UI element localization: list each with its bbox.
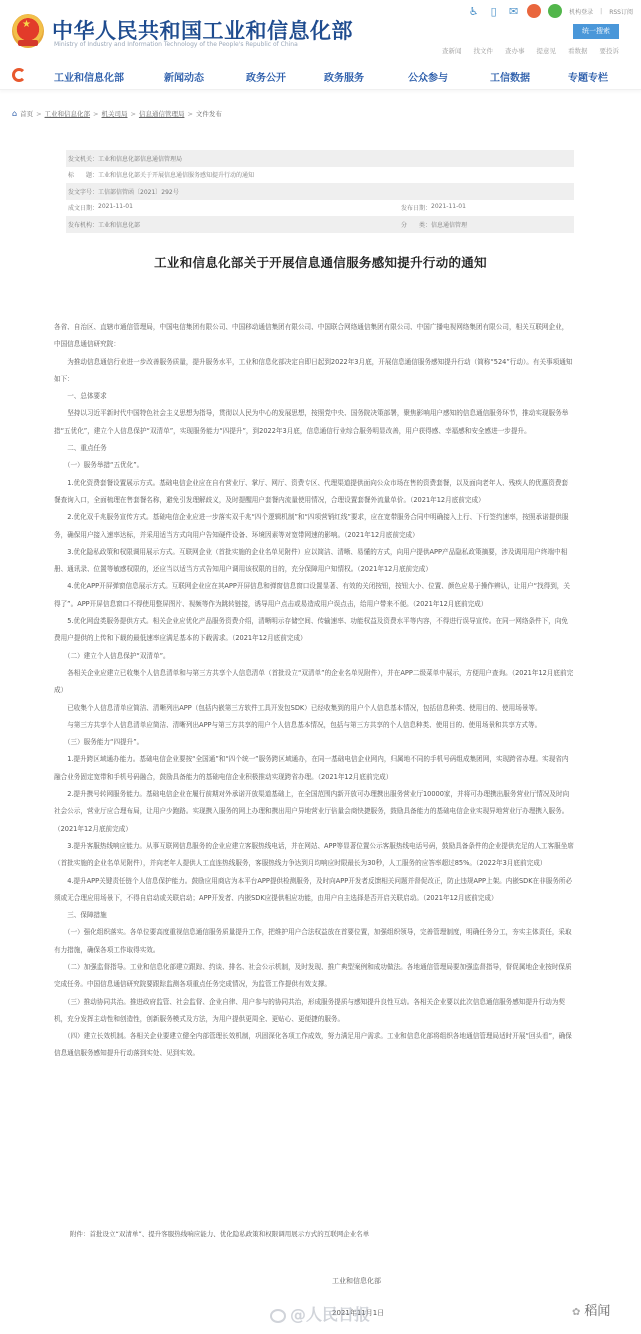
wechat-icon[interactable]: [548, 4, 562, 18]
quick-link-news[interactable]: 查新闻: [442, 46, 462, 55]
document-paragraph: （二）加强监督指导。工业和信息化部建立跟踪、约谈、排名、社会公示机制，及时发现、…: [54, 959, 574, 994]
document-paragraph: 4.提升APP关键责任链个人信息保护能力。鼓励应用商店为本平台APP提供检测服务…: [54, 873, 574, 908]
nav-item-data[interactable]: 工信数据: [490, 69, 530, 84]
document-paragraph: 1.优化资费套餐设置展示方式。基础电信企业应在自有营业厅、掌厅、网厅、资费专区、…: [54, 475, 574, 510]
site-header: ★ 中华人民共和国工业和信息化部 Ministry of Industry an…: [0, 0, 641, 62]
meta-row-doc-no: 发文字号： 工信部信管函〔2021〕292号: [66, 183, 574, 200]
meta-category: 信息通信管理: [431, 220, 467, 229]
meta-label: 发文机关：: [68, 154, 98, 163]
meta-publisher: 工业和信息化部: [98, 220, 140, 229]
document-meta-table: 发文机关： 工业和信息化部信息通信管理局 标 题： 工业和信息化部关于开展信息通…: [66, 150, 574, 233]
nav-item-public-participation[interactable]: 公众参与: [408, 69, 448, 84]
meta-label: 标 题：: [68, 170, 98, 179]
quick-link-services[interactable]: 查办事: [505, 46, 525, 55]
document-paragraph: 5.优化网盘类服务提供方式。相关企业应优化产品服务资费介绍，清晰明示存储空间、传…: [54, 613, 574, 648]
quick-link-complaint[interactable]: 要投诉: [600, 46, 620, 55]
document-paragraph: 为推动信息通信行业进一步改善服务质量，提升服务水平，工业和信息化部决定自即日起到…: [54, 354, 574, 389]
document-paragraph: 3.优化隐私政策和权限调用展示方式。互联网企业（首批实施的企业名单见附件）应以简…: [54, 544, 574, 579]
breadcrumb-separator: >: [36, 110, 41, 118]
document-paragraph: 坚持以习近平新时代中国特色社会主义思想为指导，贯彻以人民为中心的发展思想，按照党…: [54, 405, 574, 440]
document-paragraph: 4.优化APP开屏弹窗信息展示方式。互联网企业应在其APP开屏信息和弹窗信息窗口…: [54, 578, 574, 613]
meta-label: 发布机构：: [68, 220, 98, 229]
accessibility-icon[interactable]: ♿: [467, 5, 480, 18]
meta-row-issuer: 发文机关： 工业和信息化部信息通信管理局: [66, 150, 574, 167]
quick-link-feedback[interactable]: 提意见: [537, 46, 557, 55]
document-paragraph: 已收集个人信息清单应简洁、清晰列出APP（包括内嵌第三方软件工具开发包SDK）已…: [54, 700, 574, 717]
document-paragraph: 三、保障措施: [54, 907, 574, 924]
breadcrumb-departments[interactable]: 机关司局: [101, 109, 127, 118]
breadcrumb-home[interactable]: 首页: [20, 109, 33, 118]
document-paragraph: 与第三方共享个人信息清单应简洁、清晰列出APP与第三方共享的用户个人信息基本情况…: [54, 717, 574, 734]
breadcrumb-info-comm-bureau[interactable]: 信息通信管理局: [139, 109, 185, 118]
weibo-icon[interactable]: [527, 4, 541, 18]
meta-row-publisher: 发布机构： 工业和信息化部 分 类： 信息通信管理: [66, 216, 574, 233]
meta-label: 成文日期：: [68, 203, 98, 212]
rss-link[interactable]: RSS订阅: [609, 7, 633, 16]
document-paragraph: （一）服务举措“五优化”。: [54, 457, 574, 474]
source-watermark: ✿稻闻: [572, 1300, 610, 1319]
site-subtitle: Ministry of Industry and Information Tec…: [54, 41, 298, 48]
document-paragraph: （三）推动协同共治。推进政府监管、社会监督、企业自律、用户参与的协同共治，形成服…: [54, 994, 574, 1029]
search-button[interactable]: 统一搜索: [573, 24, 619, 39]
home-icon[interactable]: ⌂: [12, 109, 17, 118]
meta-label: 发文字号：: [68, 187, 98, 196]
weibo-watermark-text: @人民日报: [290, 1305, 370, 1324]
mobile-icon[interactable]: ▯: [487, 5, 500, 18]
meta-issuer: 工业和信息化部信息通信管理局: [98, 154, 182, 163]
meta-doc-no: 工信部信管函〔2021〕292号: [98, 187, 179, 196]
document-paragraph: 一、总体要求: [54, 388, 574, 405]
document-paragraph: 各省、自治区、直辖市通信管理局，中国电信集团有限公司、中国移动通信集团有限公司、…: [54, 319, 574, 354]
nav-item-ministry[interactable]: 工业和信息化部: [54, 69, 124, 84]
mail-icon[interactable]: ✉: [507, 5, 520, 18]
source-watermark-icon: ✿: [572, 1307, 580, 1318]
meta-label: 分 类：: [401, 220, 431, 229]
quick-link-files[interactable]: 找文件: [474, 46, 494, 55]
quick-link-data[interactable]: 看数据: [568, 46, 588, 55]
document-body: 各省、自治区、直辖市通信管理局，中国电信集团有限公司、中国移动通信集团有限公司、…: [54, 319, 574, 1063]
attachment-note[interactable]: 附件：首批设立“双清单”、提升客服热线响应能力、优化隐私政策和权限调用展示方式的…: [70, 1229, 369, 1238]
meta-label: 发布日期：: [401, 203, 431, 212]
document-paragraph: （一）强化组织落实。各单位要高度重视信息通信服务质量提升工作，把维护用户合法权益…: [54, 924, 574, 959]
meta-row-title: 标 题： 工业和信息化部关于开展信息通信服务感知提升行动的通知: [66, 167, 574, 184]
login-link[interactable]: 机构登录: [569, 7, 593, 16]
weibo-watermark: @人民日报: [270, 1302, 370, 1325]
document-paragraph: （四）建立长效机制。各相关企业要建立健全内部管理长效机制，巩固深化各项工作成效，…: [54, 1028, 574, 1063]
document-title: 工业和信息化部关于开展信息通信服务感知提升行动的通知: [0, 253, 641, 271]
document-paragraph: 2.优化双千兆服务宣传方式。基础电信企业应进一步落实双千兆“四个逻辑机制”和“四…: [54, 509, 574, 544]
breadcrumb: ⌂ 首页 > 工业和信息化部 > 机关司局 > 信息通信管理局 > 文件发布: [12, 109, 222, 118]
breadcrumb-current[interactable]: 文件发布: [196, 109, 222, 118]
breadcrumb-ministry[interactable]: 工业和信息化部: [45, 109, 91, 118]
quick-links: 查新闻 找文件 查办事 提意见 看数据 要投诉: [442, 46, 619, 55]
document-paragraph: 2.提升携号转网服务能力。基础电信企业在履行前期对外承诺开放渠道基础上，在全国范…: [54, 786, 574, 838]
document-paragraph: 1.提升跨区域通办能力。基础电信企业要按“全国通”和“四个统一”服务跨区域通办，…: [54, 751, 574, 786]
national-emblem-icon: ★: [12, 14, 44, 48]
meta-created-date: 2021-11-01: [98, 203, 133, 212]
document-paragraph: 二、重点任务: [54, 440, 574, 457]
source-watermark-text: 稻闻: [584, 1304, 610, 1319]
weibo-watermark-icon: [270, 1309, 286, 1323]
breadcrumb-separator: >: [93, 110, 98, 118]
nav-item-news[interactable]: 新闻动态: [164, 69, 204, 84]
toolbar-separator: |: [600, 8, 602, 15]
signature-org: 工业和信息化部: [332, 1276, 381, 1286]
nav-item-gov-affairs[interactable]: 政务公开: [246, 69, 286, 84]
main-nav: 工业和信息化部 新闻动态 政务公开 政务服务 公众参与 工信数据 专题专栏: [0, 62, 641, 90]
document-paragraph: 3.提升客服热线响应能力。从事互联网信息服务的企业应建立客服热线电话，并在网站、…: [54, 838, 574, 873]
breadcrumb-separator: >: [187, 110, 192, 118]
document-paragraph: （三）服务能力“四提升”。: [54, 734, 574, 751]
nav-item-gov-services[interactable]: 政务服务: [324, 69, 364, 84]
nav-logo-icon[interactable]: [12, 68, 26, 82]
document-paragraph: 各相关企业应建立已收集个人信息清单和与第三方共享个人信息清单（首批设立“双清单”…: [54, 665, 574, 700]
document-paragraph: （二）建立个人信息保护“双清单”。: [54, 648, 574, 665]
meta-published-date: 2021-11-01: [431, 203, 466, 212]
meta-row-dates: 成文日期： 2021-11-01 发布日期： 2021-11-01: [66, 200, 574, 217]
nav-item-special-topics[interactable]: 专题专栏: [568, 69, 608, 84]
breadcrumb-separator: >: [130, 110, 135, 118]
top-toolbar: ♿ ▯ ✉ 机构登录 | RSS订阅: [467, 3, 633, 19]
meta-title: 工业和信息化部关于开展信息通信服务感知提升行动的通知: [98, 170, 254, 179]
